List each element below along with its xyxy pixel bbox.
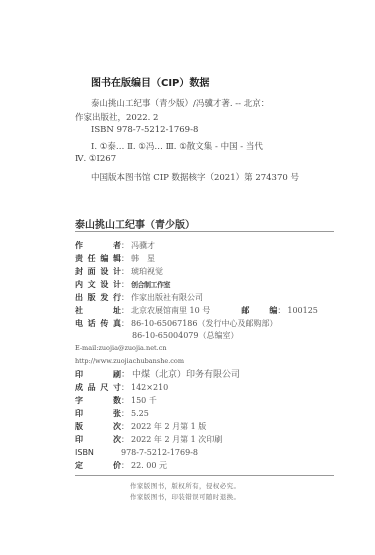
cip-record-number: 中国版本图书馆 CIP 数据核字（2021）第 274370 号: [91, 171, 299, 183]
row-address: 社 址：北京农展馆南里 10 号 邮 编：100125: [75, 304, 318, 317]
label-cover-design: 封面设计: [75, 265, 121, 278]
row-editor: 责任编辑：韩 星: [75, 252, 155, 265]
value-impression: 2022 年 2 月第 1 次印刷: [131, 435, 222, 444]
label-isbn: ISBN: [75, 446, 99, 459]
value-publisher: 作家出版社有限公司: [131, 293, 203, 302]
label-interior-design: 内文设计: [75, 278, 121, 291]
value-sheets: 5.25: [131, 409, 149, 418]
row-impression: 印 次：2022 年 2 月第 1 次印刷: [75, 433, 222, 446]
value-isbn: 978-7-5212-1769-8: [121, 448, 198, 457]
label-postcode: 邮 编: [241, 304, 277, 317]
label-size: 成品尺寸: [75, 381, 121, 394]
notice-copyright: 作家版图书，版权所有，侵权必究。: [130, 481, 240, 490]
row-price: 定 价：22. 00 元: [75, 459, 167, 472]
label-phone: 电话传真: [75, 317, 121, 330]
row-printer: 印 刷：中煤（北京）印务有限公司: [75, 368, 240, 381]
value-address: 北京农展馆南里 10 号: [131, 306, 210, 315]
label-edition: 版 次: [75, 420, 121, 433]
value-cover-design: 琥珀视觉: [131, 267, 163, 276]
divider-top: [75, 231, 334, 232]
cip-line-2: 作家出版社，2022. 2: [75, 111, 158, 123]
row-edition: 版 次：2022 年 2 月第 1 版: [75, 420, 206, 433]
row-publisher: 出版发行：作家出版社有限公司: [75, 291, 203, 304]
email-text: E-mail:zuojia@zuojia.net.cn: [75, 342, 167, 355]
label-editor: 责任编辑: [75, 252, 121, 265]
value-edition: 2022 年 2 月第 1 版: [131, 422, 206, 431]
label-printer: 印 刷: [75, 368, 121, 381]
value-postcode: 100125: [287, 306, 318, 315]
divider-bottom: [75, 475, 334, 476]
cip-classification-2: Ⅳ. ①I267: [75, 154, 116, 164]
cip-line-1: 泰山挑山工纪事（青少版）/冯骥才著. -- 北京：: [91, 97, 269, 109]
cip-heading: 图书在版编目（CIP）数据: [91, 74, 209, 89]
value-interior-design: 创合制工作室: [131, 280, 170, 289]
website-text: http://www.zuojiachubanshe.com: [75, 355, 184, 368]
book-title: 泰山挑山工纪事（青少版）: [75, 216, 195, 231]
row-cover-design: 封面设计：琥珀视觉: [75, 265, 163, 278]
value-price: 22. 00 元: [131, 461, 167, 470]
row-author: 作 者：冯骥才: [75, 239, 155, 252]
value-phone-1: 86-10-65067186（发行中心及邮购部）: [131, 319, 277, 328]
value-words: 150 千: [131, 396, 157, 405]
label-impression: 印 次: [75, 433, 121, 446]
value-author: 冯骥才: [131, 241, 155, 250]
cip-classification-1: Ⅰ. ①泰… Ⅱ. ①冯… Ⅲ. ①散文集 - 中国 - 当代: [91, 140, 263, 152]
row-size: 成品尺寸：142×210: [75, 381, 168, 394]
row-sheets: 印 张：5.25: [75, 407, 149, 420]
row-interior-design: 内文设计：创合制工作室: [75, 278, 170, 291]
label-price: 定 价: [75, 459, 121, 472]
notice-replacement: 作家版图书，印装错误可随时退换。: [130, 492, 240, 501]
value-editor: 韩 星: [131, 254, 155, 263]
row-words: 字 数：150 千: [75, 394, 157, 407]
label-author: 作 者: [75, 239, 121, 252]
row-isbn: ISBN978-7-5212-1769-8: [75, 446, 198, 459]
row-phone-2: 86-10-65004079（总编室）: [132, 329, 238, 342]
label-address: 社 址: [75, 304, 121, 317]
cip-isbn: ISBN 978-7-5212-1769-8: [91, 125, 198, 135]
label-words: 字 数: [75, 394, 121, 407]
value-phone-2: 86-10-65004079（总编室）: [132, 331, 238, 340]
value-size: 142×210: [131, 383, 168, 392]
value-printer: 中煤（北京）印务有限公司: [132, 370, 240, 380]
label-publisher: 出版发行: [75, 291, 121, 304]
label-sheets: 印 张: [75, 407, 121, 420]
